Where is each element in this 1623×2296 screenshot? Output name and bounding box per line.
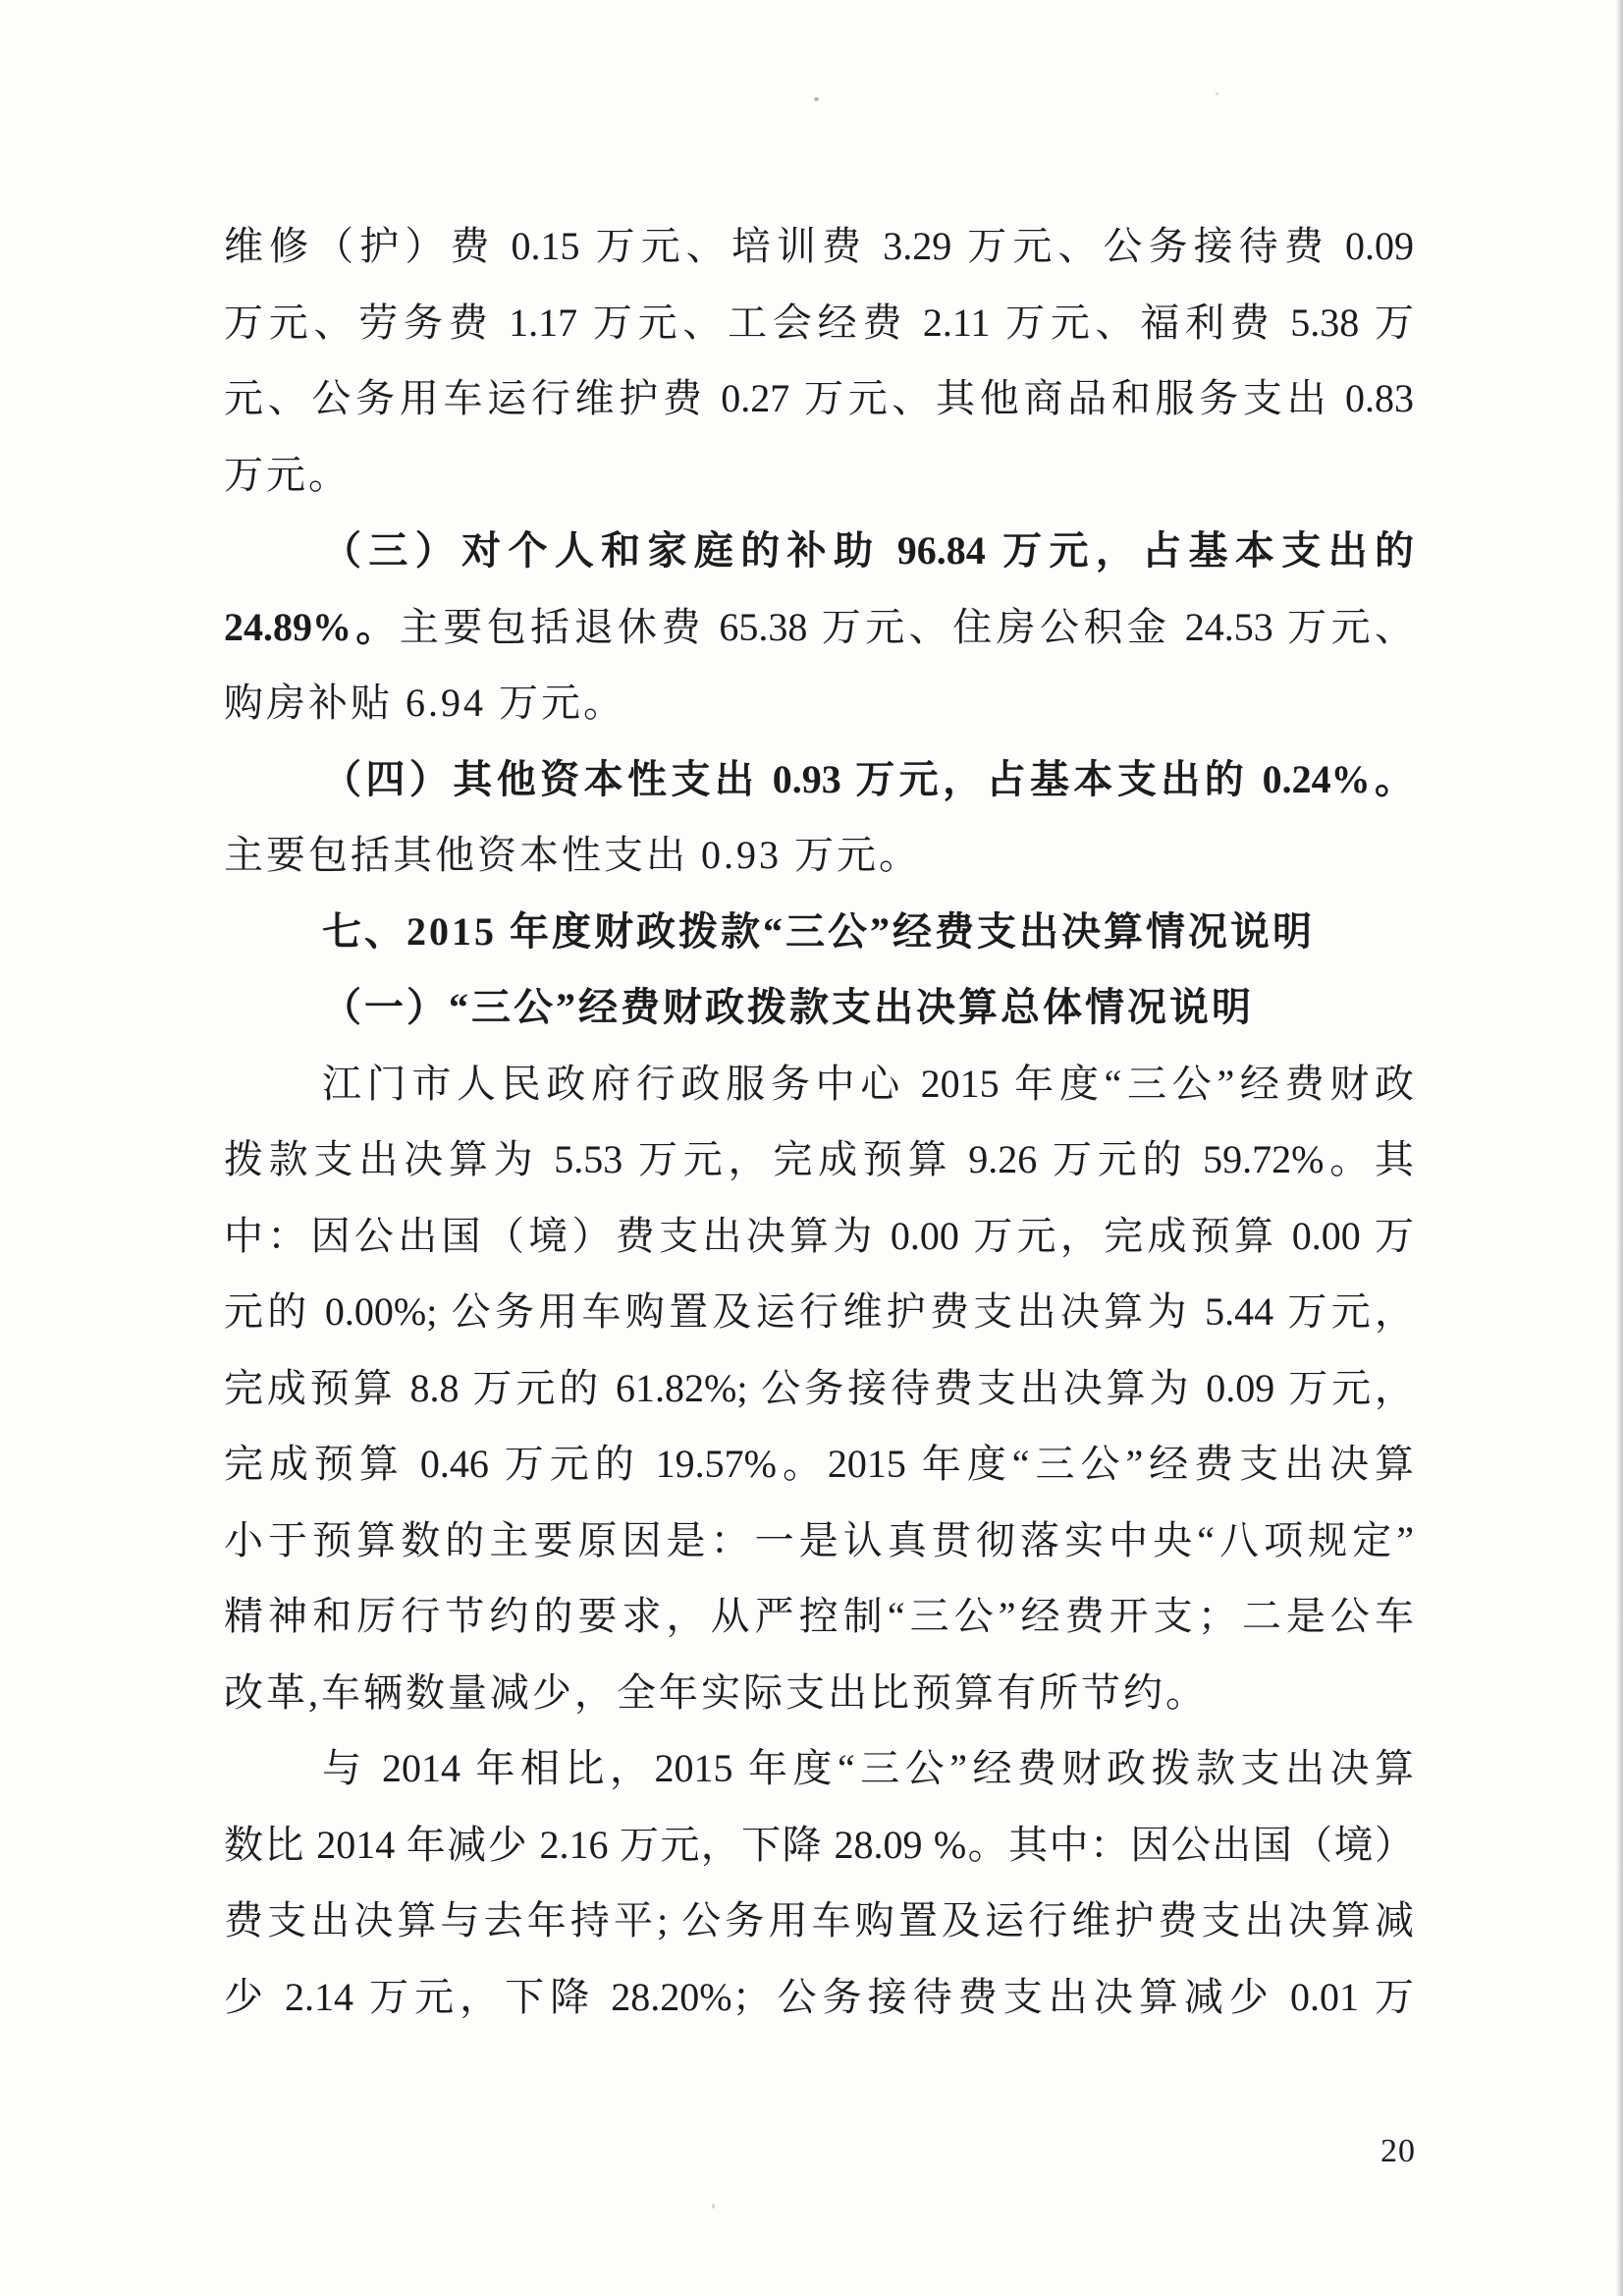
bold-text-segment: 七、2015 年度财政拨款“三公”经费支出决算情况说明	[322, 909, 1315, 954]
text-segment: 完成预算 0.46 万元的 19.57%。2015 年度“三公”经费支出决算	[224, 1442, 1414, 1486]
scan-artifact	[712, 2204, 715, 2209]
bold-text-segment: （一）“三公”经费财政拨款支出决算总体情况说明	[322, 985, 1254, 1029]
text-line-13: 拨款支出决算为 5.53 万元，完成预算 9.26 万元的 59.72%。其	[224, 1121, 1414, 1198]
scanned-document-page: 维修（护）费 0.15 万元、培训费 3.29 万元、公务接待费 0.09万元、…	[0, 0, 1623, 2296]
text-segment: 购房补贴 6.94 万元。	[224, 681, 625, 725]
scan-artifact	[1216, 92, 1218, 95]
text-line-21: 与 2014 年相比，2015 年度“三公”经费财政拨款支出决算	[224, 1730, 1414, 1807]
text-segment: 中：因公出国（境）费支出决算为 0.00 万元，完成预算 0.00 万	[224, 1214, 1414, 1258]
text-line-18: 小于预算数的主要原因是：一是认真贯彻落实中央“八项规定”	[224, 1503, 1414, 1579]
text-line-22: 数比 2014 年减少 2.16 万元，下降 28.09 %。其中：因公出国（境…	[224, 1807, 1414, 1884]
text-line-14: 中：因公出国（境）费支出决算为 0.00 万元，完成预算 0.00 万	[224, 1198, 1414, 1275]
text-segment: 精神和厉行节约的要求，从严控制“三公”经费开支；二是公车	[224, 1594, 1414, 1638]
text-line-15: 元的 0.00%; 公务用车购置及运行维护费支出决算为 5.44 万元，	[224, 1274, 1414, 1350]
scan-artifact	[814, 97, 819, 101]
text-line-8: （四）其他资本性支出 0.93 万元，占基本支出的 0.24%。	[224, 741, 1414, 818]
text-segment: 少 2.14 万元，下降 28.20%；公务接待费支出决算减少 0.01 万	[224, 1975, 1414, 2019]
text-line-11: （一）“三公”经费财政拨款支出决算总体情况说明	[224, 969, 1414, 1046]
text-line-20: 改革,车辆数量减少，全年实际支出比预算有所节约。	[224, 1655, 1414, 1731]
text-segment: 费支出决算与去年持平; 公务用车购置及运行维护费支出决算减	[224, 1898, 1414, 1942]
page-number: 20	[1380, 2133, 1416, 2170]
bold-text-segment: 24.89%。	[224, 605, 400, 649]
text-line-2: 万元、劳务费 1.17 万元、工会经费 2.11 万元、福利费 5.38 万	[224, 285, 1414, 361]
text-line-7: 购房补贴 6.94 万元。	[224, 665, 1414, 741]
text-line-17: 完成预算 0.46 万元的 19.57%。2015 年度“三公”经费支出决算	[224, 1426, 1414, 1503]
bold-text-segment: （三）对个人和家庭的补助 96.84 万元，占基本支出的	[322, 528, 1414, 573]
text-line-23: 费支出决算与去年持平; 公务用车购置及运行维护费支出决算减	[224, 1883, 1414, 1959]
scan-edge-shadow	[1616, 0, 1623, 2296]
text-line-12: 江门市人民政府行政服务中心 2015 年度“三公”经费财政	[224, 1046, 1414, 1122]
text-segment: 万元。	[224, 453, 351, 497]
text-segment: 元、公务用车运行维护费 0.27 万元、其他商品和服务支出 0.83	[224, 376, 1414, 420]
text-line-24: 少 2.14 万元，下降 28.20%；公务接待费支出决算减少 0.01 万	[224, 1959, 1414, 2036]
text-segment: 与 2014 年相比，2015 年度“三公”经费财政拨款支出决算	[322, 1746, 1414, 1790]
text-segment: 改革,车辆数量减少，全年实际支出比预算有所节约。	[224, 1670, 1208, 1715]
text-segment: 万元、劳务费 1.17 万元、工会经费 2.11 万元、福利费 5.38 万	[224, 301, 1414, 345]
text-line-1: 维修（护）费 0.15 万元、培训费 3.29 万元、公务接待费 0.09	[224, 208, 1414, 285]
text-segment: 维修（护）费 0.15 万元、培训费 3.29 万元、公务接待费 0.09	[224, 224, 1414, 268]
text-line-3: 元、公务用车运行维护费 0.27 万元、其他商品和服务支出 0.83	[224, 360, 1414, 437]
text-segment: 拨款支出决算为 5.53 万元，完成预算 9.26 万元的 59.72%。其	[224, 1137, 1414, 1181]
text-segment: 主要包括退休费 65.38 万元、住房公积金 24.53 万元、	[400, 605, 1414, 649]
text-line-5: （三）对个人和家庭的补助 96.84 万元，占基本支出的	[224, 513, 1414, 589]
text-segment: 小于预算数的主要原因是：一是认真贯彻落实中央“八项规定”	[224, 1518, 1414, 1562]
text-segment: 主要包括其他资本性支出 0.93 万元。	[224, 833, 921, 877]
text-line-9: 主要包括其他资本性支出 0.93 万元。	[224, 817, 1414, 894]
text-line-4: 万元。	[224, 437, 1414, 514]
text-segment: 江门市人民政府行政服务中心 2015 年度“三公”经费财政	[322, 1062, 1414, 1106]
text-line-19: 精神和厉行节约的要求，从严控制“三公”经费开支；二是公车	[224, 1578, 1414, 1655]
bold-text-segment: （四）其他资本性支出 0.93 万元，占基本支出的 0.24%。	[322, 757, 1414, 801]
page-text: 维修（护）费 0.15 万元、培训费 3.29 万元、公务接待费 0.09万元、…	[224, 208, 1414, 2035]
text-segment: 完成预算 8.8 万元的 61.82%; 公务接待费支出决算为 0.09 万元，	[224, 1366, 1414, 1410]
text-line-6: 24.89%。主要包括退休费 65.38 万元、住房公积金 24.53 万元、	[224, 589, 1414, 666]
text-segment: 元的 0.00%; 公务用车购置及运行维护费支出决算为 5.44 万元，	[224, 1289, 1414, 1334]
text-line-16: 完成预算 8.8 万元的 61.82%; 公务接待费支出决算为 0.09 万元，	[224, 1350, 1414, 1427]
text-line-10: 七、2015 年度财政拨款“三公”经费支出决算情况说明	[224, 894, 1414, 970]
text-segment: 数比 2014 年减少 2.16 万元，下降 28.09 %。其中：因公出国（境…	[224, 1823, 1414, 1867]
